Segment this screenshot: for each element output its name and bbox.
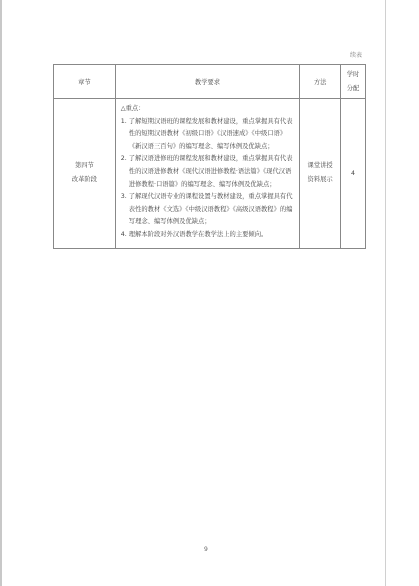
chapter-cell: 第四节 改革阶段 (54, 99, 116, 249)
header-hours-line2: 分配 (341, 82, 365, 96)
table-header-row: 章节 教学要求 方法 学时 分配 (54, 65, 366, 99)
continued-label: 续表 (350, 50, 362, 59)
header-hours-line1: 学时 (341, 68, 365, 82)
header-method: 方法 (300, 65, 341, 99)
header-hours: 学时 分配 (341, 65, 366, 99)
header-requirements: 教学要求 (115, 65, 299, 99)
page-edge-right (385, 0, 386, 586)
method-cell: 课堂讲授 资料展示 (300, 99, 341, 249)
method-line2: 资料展示 (300, 173, 340, 187)
requirements-cell: △重点： 1. 了解短期汉语班的课程发展和教材建设，重点掌握具有代表性的短期汉语… (115, 99, 299, 249)
syllabus-table: 章节 教学要求 方法 学时 分配 第四节 改革阶段 △重点： 1. 了解短期汉语… (53, 64, 366, 249)
chapter-line1: 第四节 (54, 159, 115, 173)
requirement-item-1: 1. 了解短期汉语班的课程发展和教材建设，重点掌握具有代表性的短期汉语教材《初级… (121, 116, 295, 154)
key-points-title: △重点： (121, 103, 295, 116)
header-chapter: 章节 (54, 65, 116, 99)
hours-cell: 4 (341, 99, 366, 249)
page-number: 9 (204, 546, 208, 553)
method-line1: 课堂讲授 (300, 159, 340, 173)
table-row: 第四节 改革阶段 △重点： 1. 了解短期汉语班的课程发展和教材建设，重点掌握具… (54, 99, 366, 249)
chapter-line2: 改革阶段 (54, 173, 115, 187)
page-edge-left (0, 0, 2, 586)
requirement-item-2: 2. 了解汉语进修班的课程发展和教材建设，重点掌握具有代表性的汉语进修教材《现代… (121, 153, 295, 191)
requirement-item-3: 3. 了解现代汉语专业的课程设置与教材建设，重点掌握具有代表性的教材《文选》《中… (121, 191, 295, 229)
requirement-item-4: 4. 理解本阶段对外汉语教学在教学法上的主要倾向。 (121, 229, 295, 242)
